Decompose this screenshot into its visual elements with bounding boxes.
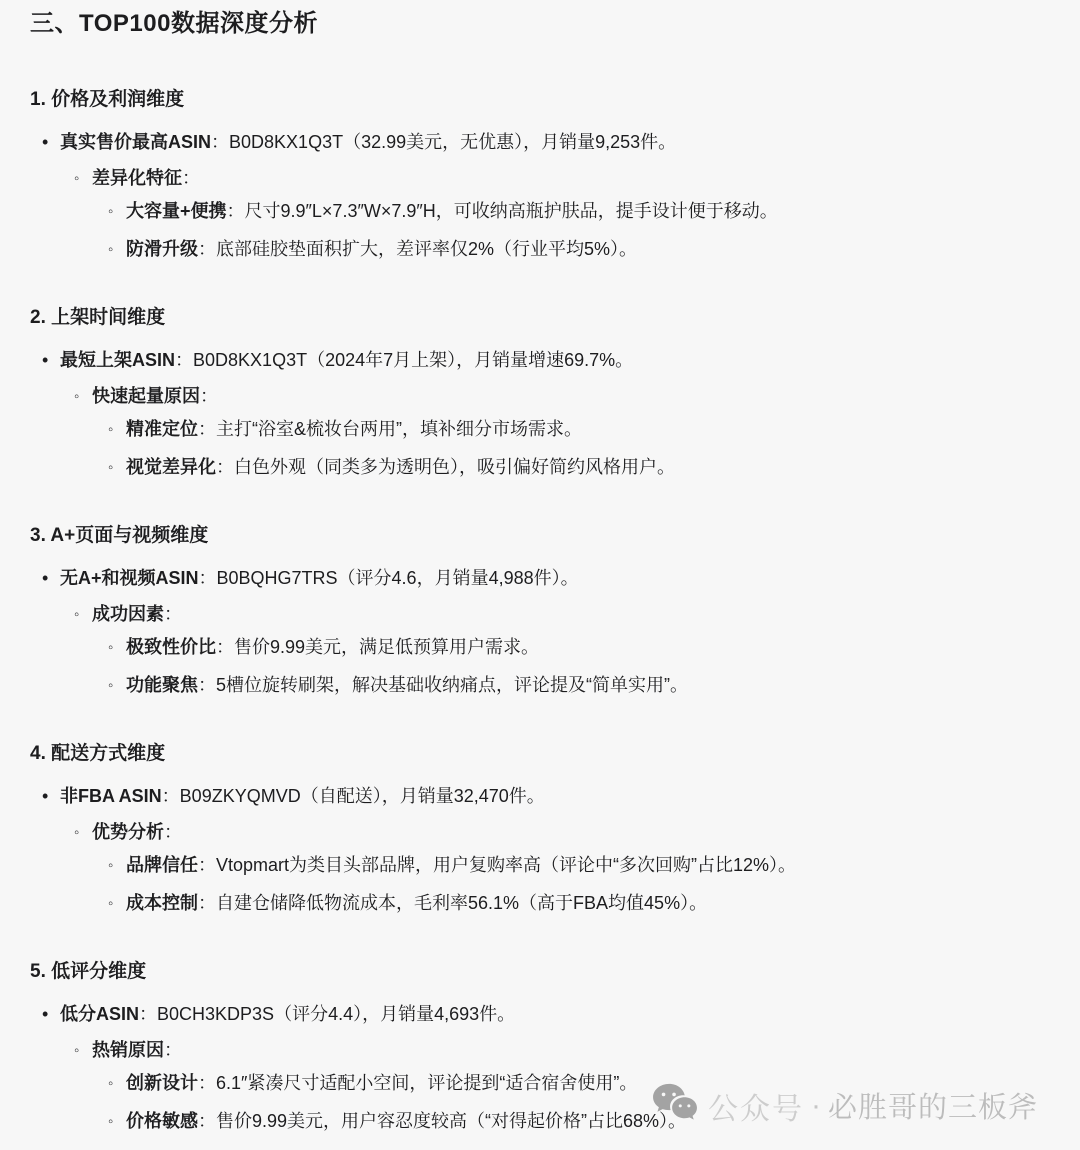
point-text: ：白色外观（同类多为透明色），吸引偏好简约风格用户。: [216, 457, 675, 477]
group-line: ◦ 差异化特征：: [30, 166, 1050, 191]
section-price-profit: 1. 价格及利润维度 • 真实售价最高ASIN：B0D8KX1Q3T（32.99…: [30, 86, 1050, 262]
document-page: 三、TOP100数据深度分析 1. 价格及利润维度 • 真实售价最高ASIN：B…: [0, 0, 1080, 1134]
point-label: 品牌信任: [126, 855, 198, 875]
group-label: 热销原因: [92, 1040, 164, 1060]
point-label: 成本控制: [126, 893, 198, 913]
bullet-disc-icon: •: [42, 784, 60, 809]
point-line: ◦ 视觉差异化：白色外观（同类多为透明色），吸引偏好简约风格用户。: [30, 455, 1050, 480]
bullet-circle-icon: ◦: [108, 1071, 126, 1096]
bullet-circle-icon: ◦: [108, 455, 126, 480]
point-line: ◦ 品牌信任：Vtopmart为类目头部品牌，用户复购率高（评论中“多次回购”占…: [30, 853, 1050, 878]
lead-label: 最短上架ASIN: [60, 350, 175, 370]
section-heading: 4. 配送方式维度: [30, 740, 1050, 767]
lead-label: 无A+和视频ASIN: [60, 568, 199, 588]
group-label: 成功因素: [92, 604, 164, 624]
point-text: ：6.1″紧凑尺寸适配小空间，评论提到“适合宿舍使用”。: [198, 1073, 637, 1093]
section-heading: 3. A+页面与视频维度: [30, 522, 1050, 549]
lead-label: 真实售价最高ASIN: [60, 132, 211, 152]
group-label: 优势分析: [92, 822, 164, 842]
bullet-circle-icon: ◦: [108, 853, 126, 878]
point-label: 大容量+便携: [126, 201, 227, 221]
point-text: ：尺寸9.9″L×7.3″W×7.9″H，可收纳高瓶护肤品，提手设计便于移动。: [227, 201, 778, 221]
lead-bullet-line: • 最短上架ASIN：B0D8KX1Q3T（2024年7月上架），月销量增速69…: [30, 348, 1050, 373]
point-label: 极致性价比: [126, 637, 216, 657]
section-heading: 2. 上架时间维度: [30, 304, 1050, 331]
group-colon: ：: [200, 386, 218, 406]
bullet-circle-icon: ◦: [108, 891, 126, 916]
group-colon: ：: [182, 168, 200, 188]
point-text: ：主打“浴室&梳妆台两用”，填补细分市场需求。: [198, 419, 582, 439]
bullet-disc-icon: •: [42, 348, 60, 373]
point-text: ：Vtopmart为类目头部品牌，用户复购率高（评论中“多次回购”占比12%）。: [198, 855, 796, 875]
point-line: ◦ 功能聚焦：5槽位旋转刷架，解决基础收纳痛点，评论提及“简单实用”。: [30, 673, 1050, 698]
lead-bullet-line: • 无A+和视频ASIN：B0BQHG7TRS（评分4.6，月销量4,988件）…: [30, 566, 1050, 591]
lead-text: ：B0BQHG7TRS（评分4.6，月销量4,988件）。: [199, 568, 579, 588]
group-label: 快速起量原因: [92, 386, 200, 406]
group-colon: ：: [164, 1040, 182, 1060]
section-launch-time: 2. 上架时间维度 • 最短上架ASIN：B0D8KX1Q3T（2024年7月上…: [30, 304, 1050, 480]
lead-text: ：B0D8KX1Q3T（32.99美元，无优惠），月销量9,253件。: [211, 132, 676, 152]
section-fulfillment: 4. 配送方式维度 • 非FBA ASIN：B09ZKYQMVD（自配送），月销…: [30, 740, 1050, 916]
point-text: ：底部硅胶垫面积扩大，差评率仅2%（行业平均5%）。: [198, 239, 637, 259]
point-line: ◦ 创新设计：6.1″紧凑尺寸适配小空间，评论提到“适合宿舍使用”。: [30, 1071, 1050, 1096]
lead-bullet-line: • 真实售价最高ASIN：B0D8KX1Q3T（32.99美元，无优惠），月销量…: [30, 130, 1050, 155]
group-colon: ：: [164, 604, 182, 624]
bullet-disc-icon: •: [42, 130, 60, 155]
lead-text: ：B0D8KX1Q3T（2024年7月上架），月销量增速69.7%。: [175, 350, 633, 370]
point-text: ：售价9.99美元，满足低预算用户需求。: [216, 637, 539, 657]
point-text: ：自建仓储降低物流成本，毛利率56.1%（高于FBA均值45%）。: [198, 893, 707, 913]
section-aplus-video: 3. A+页面与视频维度 • 无A+和视频ASIN：B0BQHG7TRS（评分4…: [30, 522, 1050, 698]
lead-label: 非FBA ASIN: [60, 786, 162, 806]
point-label: 视觉差异化: [126, 457, 216, 477]
point-label: 创新设计: [126, 1073, 198, 1093]
point-label: 防滑升级: [126, 239, 198, 259]
point-label: 功能聚焦: [126, 675, 198, 695]
bullet-circle-icon: ◦: [74, 384, 92, 409]
bullet-circle-icon: ◦: [74, 1038, 92, 1063]
lead-bullet-line: • 非FBA ASIN：B09ZKYQMVD（自配送），月销量32,470件。: [30, 784, 1050, 809]
bullet-circle-icon: ◦: [108, 237, 126, 262]
group-line: ◦ 快速起量原因：: [30, 384, 1050, 409]
point-text: ：5槽位旋转刷架，解决基础收纳痛点，评论提及“简单实用”。: [198, 675, 688, 695]
bullet-circle-icon: ◦: [108, 417, 126, 442]
page-title: 三、TOP100数据深度分析: [30, 8, 1050, 40]
section-low-rating: 5. 低评分维度 • 低分ASIN：B0CH3KDP3S（评分4.4），月销量4…: [30, 958, 1050, 1134]
group-line: ◦ 优势分析：: [30, 820, 1050, 845]
bullet-circle-icon: ◦: [74, 166, 92, 191]
bullet-circle-icon: ◦: [108, 199, 126, 224]
group-line: ◦ 热销原因：: [30, 1038, 1050, 1063]
point-line: ◦ 价格敏感：售价9.99美元，用户容忍度较高（“对得起价格”占比68%）。: [30, 1109, 1050, 1134]
lead-label: 低分ASIN: [60, 1004, 139, 1024]
bullet-circle-icon: ◦: [108, 1109, 126, 1134]
point-line: ◦ 极致性价比：售价9.99美元，满足低预算用户需求。: [30, 635, 1050, 660]
section-heading: 1. 价格及利润维度: [30, 86, 1050, 113]
section-heading: 5. 低评分维度: [30, 958, 1050, 985]
point-line: ◦ 精准定位：主打“浴室&梳妆台两用”，填补细分市场需求。: [30, 417, 1050, 442]
point-line: ◦ 成本控制：自建仓储降低物流成本，毛利率56.1%（高于FBA均值45%）。: [30, 891, 1050, 916]
group-colon: ：: [164, 822, 182, 842]
group-label: 差异化特征: [92, 168, 182, 188]
point-line: ◦ 防滑升级：底部硅胶垫面积扩大，差评率仅2%（行业平均5%）。: [30, 237, 1050, 262]
point-text: ：售价9.99美元，用户容忍度较高（“对得起价格”占比68%）。: [198, 1111, 686, 1131]
bullet-disc-icon: •: [42, 566, 60, 591]
point-label: 精准定位: [126, 419, 198, 439]
lead-text: ：B09ZKYQMVD（自配送），月销量32,470件。: [162, 786, 545, 806]
bullet-circle-icon: ◦: [74, 820, 92, 845]
point-label: 价格敏感: [126, 1111, 198, 1131]
lead-bullet-line: • 低分ASIN：B0CH3KDP3S（评分4.4），月销量4,693件。: [30, 1002, 1050, 1027]
bullet-disc-icon: •: [42, 1002, 60, 1027]
lead-text: ：B0CH3KDP3S（评分4.4），月销量4,693件。: [139, 1004, 515, 1024]
point-line: ◦ 大容量+便携：尺寸9.9″L×7.3″W×7.9″H，可收纳高瓶护肤品，提手…: [30, 199, 1050, 224]
group-line: ◦ 成功因素：: [30, 602, 1050, 627]
bullet-circle-icon: ◦: [108, 673, 126, 698]
bullet-circle-icon: ◦: [108, 635, 126, 660]
bullet-circle-icon: ◦: [74, 602, 92, 627]
